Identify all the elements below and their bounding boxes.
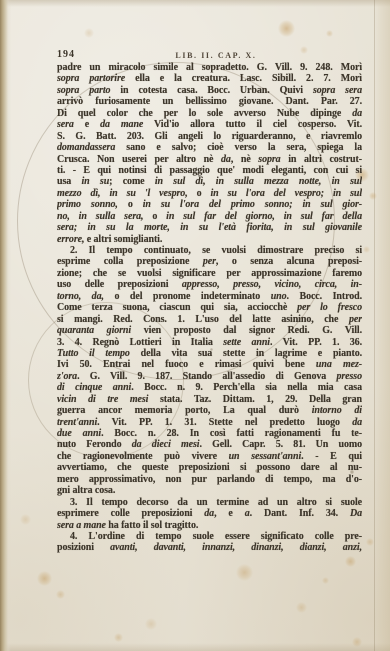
text-line: Ivi 50. Entrai nel fuoco e rimasi quivi … [57, 359, 362, 370]
italic-text-segment: no, in sulla sera, [57, 211, 143, 222]
text-line: sera a mane ha fatto il sol tragitto. [57, 520, 362, 531]
text-segment: , nè [231, 154, 258, 165]
text-line: usa in su; come in sul dì, in sulla mezz… [57, 176, 362, 187]
text-line: avvertiamo, che queste preposizioni si p… [57, 462, 362, 473]
foxing-spot [369, 192, 377, 200]
italic-text-segment: primo sonno, [57, 199, 118, 210]
text-line: torno, da, o del pronome indeterminato u… [57, 291, 362, 302]
italic-text-segment: sette anni [223, 337, 270, 348]
running-head: LIB. II. CAP. X. [175, 51, 256, 60]
italic-text-segment: presso [336, 371, 362, 382]
text-line: S. G. Batt. 203. Gli angeli lo riguarder… [57, 131, 362, 142]
text-segment: mero approssimativo, non pur parlando di… [57, 474, 362, 485]
text-segment: o del pronome indeterminato [104, 291, 271, 302]
foxing-spot [326, 30, 333, 37]
scanned-book-page: 194 LIB. II. CAP. X. padre un miracolo s… [0, 0, 390, 651]
text-line: esprime colla preposizione per, o senza … [57, 256, 362, 267]
text-segment: Di quel color che per lo sole avverso Nu… [57, 108, 352, 119]
text-line: errore, e altri somiglianti. [57, 234, 362, 245]
text-line: zione; che se vuolsi significare per app… [57, 268, 362, 279]
text-line: domandassera sano e salvo; cioè verso la… [57, 142, 362, 153]
text-line: no, in sulla sera, o in sul far del gior… [57, 211, 362, 222]
foxing-spot [366, 538, 374, 546]
italic-text-segment: per [349, 314, 362, 325]
italic-text-segment: trent'anni [57, 417, 97, 428]
italic-text-segment: di cinque anni [57, 382, 131, 393]
page-edge-right [374, 0, 390, 651]
text-line: Tutto il tempo della vita sua stette in … [57, 348, 362, 359]
text-line: quaranta giorni vien proposto dal signor… [57, 325, 362, 336]
foxing-spot [37, 571, 52, 586]
italic-text-segment: da [204, 508, 214, 519]
text-line: 4. L'ordine di tempo suole essere signif… [57, 531, 362, 542]
italic-text-segment: uno [271, 291, 287, 302]
foxing-spot [236, 564, 253, 581]
italic-text-segment: da mane [100, 119, 143, 130]
text-line: Come terza suona, ciascun qui sia, accio… [57, 302, 362, 313]
foxing-spot [114, 633, 123, 642]
body-text: padre un miracolo simile al sopradetto. … [57, 62, 362, 554]
foxing-spot [363, 246, 370, 253]
text-segment: padre un miracolo simile al sopradetto. … [57, 62, 362, 73]
italic-text-segment: z'ora [57, 371, 77, 382]
text-line: 3. Il tempo decorso da un termine ad un … [57, 497, 362, 508]
text-line: di cinque anni. Bocc. n. 9. Perch'ella s… [57, 382, 362, 393]
text-segment: . Bocc. n. 9. Perch'ella sia nella mia c… [131, 382, 362, 393]
text-segment: sano e salvo; cioè verso la sera, spiega… [115, 142, 362, 153]
text-segment: gni altra cosa. [57, 485, 115, 496]
italic-text-segment: sopra [258, 154, 280, 165]
text-segment: in cotesta casa. Bocc. Urban. Quivi [110, 85, 313, 96]
italic-text-segment: per lo fresco [297, 302, 362, 313]
text-segment: zione; che se vuolsi significare per app… [57, 268, 362, 279]
italic-text-segment: avanti, davanti, innanzi, dinanzi, dianz… [110, 542, 362, 553]
text-segment: in altri costrut- [281, 154, 362, 165]
text-line: arrivò furiosamente un bellissimo giovan… [57, 96, 362, 107]
text-line: vicin di tre mesi stata. Taz. Dittam. 1,… [57, 394, 362, 405]
text-line: nuto Ferondo da dieci mesi. Gell. Capr. … [57, 439, 362, 450]
text-segment: S. G. Batt. 203. Gli angeli lo riguarder… [57, 131, 362, 142]
text-line: che ragionevolmente può vivere un sessan… [57, 451, 362, 462]
italic-text-segment: in su l'ora del primo sonno; in sul gior… [143, 199, 362, 210]
text-line: due anni. Bocc. n. 28. In così fatti rag… [57, 428, 362, 439]
italic-text-segment: mezzo dì, in su 'l vespro, [57, 188, 188, 199]
italic-text-segment: da [352, 108, 362, 119]
italic-text-segment: torno, da, [57, 291, 104, 302]
text-segment: Ivi 50. Entrai nel fuoco e rimasi quivi … [57, 359, 316, 370]
page-edge-bottom [0, 643, 390, 651]
text-segment: , e [214, 508, 245, 519]
text-line: si mangi. Red. Cons. 1. L'uso del latte … [57, 314, 362, 325]
text-line: sopra partorire ella e la creatura. Lasc… [57, 73, 362, 84]
italic-text-segment: vicin di tre mesi [57, 394, 148, 405]
text-segment: 4. L'ordine di tempo suole essere signif… [70, 531, 362, 542]
foxing-spot [20, 514, 31, 525]
italic-text-segment: un sessant'anni [229, 451, 302, 462]
italic-text-segment: in sul far del giorno, in sul far della [166, 211, 362, 222]
text-line: 3. 4. Regnò Lottieri in Italia sette ann… [57, 337, 362, 348]
text-segment: . Bocc. Introd. [287, 291, 362, 302]
text-segment: , o senza alcuna preposi- [216, 256, 362, 267]
text-line: sera e da mane Vid'io allora tutto il ci… [57, 119, 362, 130]
text-line: sera; in su la morte, in su l'età fiorit… [57, 222, 362, 233]
text-segment: esprime colla preposizione [57, 256, 203, 267]
text-segment: nuto Ferondo [57, 439, 132, 450]
italic-text-segment: in sul dì, in sulla mezza notte, in sul [155, 176, 362, 187]
text-line: esprimere colle preposizioni da, e a. Da… [57, 508, 362, 519]
foxing-spot [56, 590, 65, 599]
foxing-spot [84, 28, 94, 38]
page-edge-left [0, 0, 11, 651]
text-block: 194 LIB. II. CAP. X. padre un miracolo s… [57, 49, 362, 554]
page-fold-line [374, 0, 375, 651]
italic-text-segment: da [352, 417, 362, 428]
text-segment: . - E qui [301, 451, 362, 462]
text-segment: o [143, 211, 166, 222]
text-segment: o [118, 199, 143, 210]
text-line: posizioni avanti, davanti, innanzi, dina… [57, 542, 362, 553]
text-line: ti. - E qui notinsi di passaggio que' mo… [57, 165, 362, 176]
italic-text-segment: intorno di [312, 405, 362, 416]
text-segment: arrivò furiosamente un bellissimo giovan… [57, 96, 362, 107]
text-line: uso delle preposizioni appresso, presso,… [57, 279, 362, 290]
text-segment: usa [57, 176, 81, 187]
italic-text-segment: appresso, presso, vicino, circa, in- [182, 279, 362, 290]
page-header: 194 LIB. II. CAP. X. [57, 49, 362, 61]
foxing-spot [322, 577, 329, 584]
text-segment: posizioni [57, 542, 110, 553]
text-segment: . G. Vill. 9. 187. Stando all'assedio di… [77, 371, 336, 382]
text-segment: avvertiamo, che queste preposizioni si p… [57, 462, 362, 473]
text-line: gni altra cosa. [57, 485, 362, 496]
text-segment: uso delle preposizioni [57, 279, 182, 290]
text-segment: vien proposto dal signor Redi. G. Vill. [131, 325, 362, 336]
text-segment: guerra ancor memoria porto, La qual durò [57, 405, 312, 416]
italic-text-segment: sopra sera [313, 85, 362, 96]
text-line: mero approssimativo, non pur parlando di… [57, 474, 362, 485]
italic-text-segment: una mez- [316, 359, 362, 370]
italic-text-segment: due anni [57, 428, 101, 439]
text-line: sopra parto in cotesta casa. Bocc. Urban… [57, 85, 362, 96]
text-segment: Vid'io allora tutto il ciel cosperso. Vi… [143, 119, 362, 130]
foxing-spot [278, 20, 295, 37]
foxing-spot [352, 637, 362, 647]
text-line: Crusca. Non userei per altro nè da, nè s… [57, 154, 362, 165]
italic-text-segment: Da [350, 508, 362, 519]
text-segment: . Bocc. n. 28. In così fatti ragionament… [101, 428, 362, 439]
text-line: primo sonno, o in su l'ora del primo son… [57, 199, 362, 210]
text-segment: stata. Taz. Dittam. 1, 29. Della gran [148, 394, 362, 405]
text-line: padre un miracolo simile al sopradetto. … [57, 62, 362, 73]
text-segment: che ragionevolmente può vivere [57, 451, 229, 462]
page-number: 194 [57, 49, 75, 60]
text-segment: 3. Il tempo decorso da un termine ad un … [70, 497, 362, 508]
italic-text-segment: Tutto il tempo [57, 348, 130, 359]
text-line: Di quel color che per lo sole avverso Nu… [57, 108, 362, 119]
italic-text-segment: quaranta giorni [57, 325, 131, 336]
text-segment: 3. 4. Regnò Lottieri in Italia [57, 337, 223, 348]
italic-text-segment: per [203, 256, 216, 267]
text-line: trent'anni. Vit. PP. 1. 31. Stette nel p… [57, 417, 362, 428]
italic-text-segment: errore, [57, 234, 84, 245]
text-segment: e altri somiglianti. [84, 234, 162, 245]
text-segment: . Dant. Inf. 34. [250, 508, 350, 519]
italic-text-segment: sera; in su la morte, in su l'età fiorit… [57, 222, 362, 233]
text-line: z'ora. G. Vill. 9. 187. Stando all'assed… [57, 371, 362, 382]
italic-text-segment: in su l'ora del vespro; in sul [210, 188, 362, 199]
italic-text-segment: in su [81, 176, 109, 187]
text-segment: esprimere colle preposizioni [57, 508, 204, 519]
text-segment: ha fatto il sol tragitto. [106, 520, 198, 531]
text-segment: Crusca. Non userei per altro nè [57, 154, 221, 165]
italic-text-segment: sera [57, 119, 74, 130]
text-segment: ella e la creatura. Lasc. Sibill. 2. 7. … [125, 73, 362, 84]
italic-text-segment: domandassera [57, 142, 115, 153]
text-line: guerra ancor memoria porto, La qual durò… [57, 405, 362, 416]
text-line: 2. Il tempo continuato, se vuolsi dimost… [57, 245, 362, 256]
text-segment: Come terza suona, ciascun qui sia, accio… [57, 302, 297, 313]
text-segment: della vita sua stette in lagrime e piant… [130, 348, 362, 359]
text-segment: . Vit. PP. 1. 31. Stette nel predetto lu… [97, 417, 352, 428]
text-segment: 2. Il tempo continuato, se vuolsi dimost… [70, 245, 362, 256]
text-segment: . Gell. Capr. 5. 81. Un uomo [199, 439, 362, 450]
page-edge-top [0, 0, 390, 7]
italic-text-segment: sopra parto [57, 85, 110, 96]
text-segment: ti. - E qui notinsi di passaggio que' mo… [57, 165, 362, 176]
foxing-spot [345, 556, 356, 567]
italic-text-segment: sera a mane [57, 520, 106, 531]
foxing-spot [296, 602, 307, 613]
text-segment: . Vit. PP. 1. 36. [270, 337, 362, 348]
text-segment: ; come [109, 176, 155, 187]
text-segment: si mangi. Red. Cons. 1. L'uso del latte … [57, 314, 349, 325]
italic-text-segment: sopra partorire [57, 73, 125, 84]
italic-text-segment: da [221, 154, 231, 165]
text-line: mezzo dì, in su 'l vespro, o in su l'ora… [57, 188, 362, 199]
text-segment: o [188, 188, 211, 199]
text-segment: e [74, 119, 100, 130]
foxing-spot [145, 618, 157, 630]
italic-text-segment: da dieci mesi [132, 439, 200, 450]
